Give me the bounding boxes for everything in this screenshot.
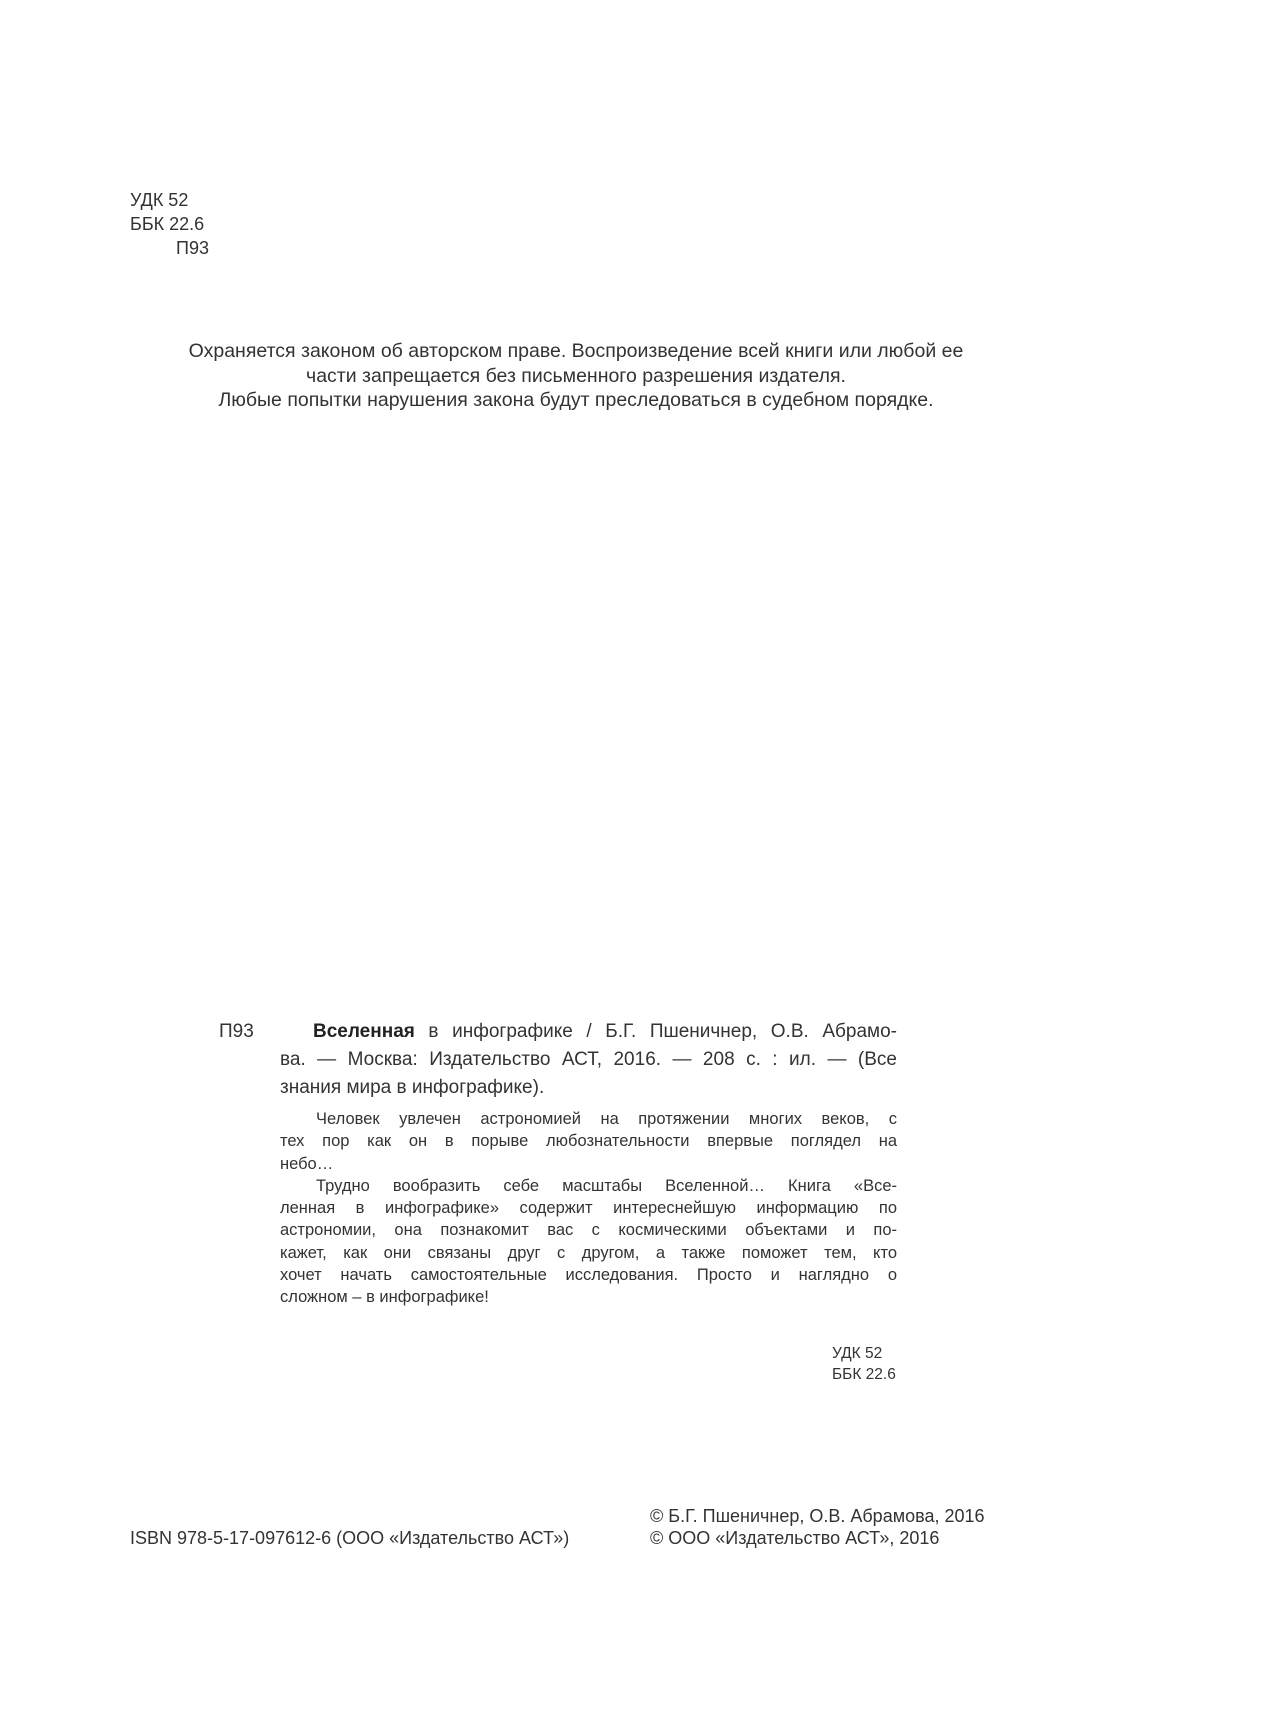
- annotation-line: хочет начать самостоятельные исследовани…: [280, 1264, 897, 1286]
- annotation-paragraph: Человек увлечен астрономией на протяжени…: [280, 1108, 897, 1175]
- annotation-line: Трудно вообразить себе масштабы Вселенно…: [280, 1175, 897, 1197]
- classification-block-bottom: УДК 52 ББК 22.6: [832, 1343, 896, 1385]
- copyright-line: © ООО «Издательство АСТ», 2016: [650, 1527, 985, 1549]
- protection-line: Охраняется законом об авторском праве. В…: [130, 339, 1022, 364]
- copyright-holders: © Б.Г. Пшеничнер, О.В. Абрамова, 2016 © …: [650, 1505, 985, 1549]
- biblio-line-rest: в инфографике / Б.Г. Пшеничнер, О.В. Абр…: [415, 1021, 897, 1042]
- annotation-line: небо…: [280, 1153, 897, 1175]
- biblio-line: ва. — Москва: Издательство АСТ, 2016. — …: [280, 1046, 897, 1074]
- isbn: ISBN 978-5-17-097612-6 (ООО «Издательств…: [130, 1527, 569, 1549]
- bbk-code: ББК 22.6: [832, 1364, 896, 1385]
- annotation-line: кажет, как они связаны друг с другом, а …: [280, 1242, 897, 1264]
- annotation-line: Человек увлечен астрономией на протяжени…: [280, 1108, 897, 1130]
- classification-block-top: УДК 52 ББК 22.6 П93: [130, 188, 209, 260]
- bibliographic-record: Вселенная в инфографике / Б.Г. Пшеничнер…: [280, 1018, 897, 1102]
- protection-line: части запрещается без письменного разреш…: [130, 364, 1022, 389]
- copyright-line: © Б.Г. Пшеничнер, О.В. Абрамова, 2016: [650, 1505, 985, 1527]
- biblio-line: знания мира в инфографике).: [280, 1074, 897, 1102]
- annotation: Человек увлечен астрономией на протяжени…: [280, 1108, 897, 1309]
- book-title: Вселенная: [313, 1021, 415, 1042]
- protection-line: Любые попытки нарушения закона будут пре…: [130, 388, 1022, 413]
- annotation-line: астрономии, она познакомит вас с космиче…: [280, 1219, 897, 1241]
- copyright-protection-notice: Охраняется законом об авторском праве. В…: [130, 339, 1022, 413]
- udk-code: УДК 52: [832, 1343, 896, 1364]
- author-mark: П93: [130, 236, 209, 260]
- biblio-author-mark: П93: [219, 1018, 254, 1046]
- annotation-line: тех пор как он в порыве любознательности…: [280, 1130, 897, 1152]
- annotation-paragraph: Трудно вообразить себе масштабы Вселенно…: [280, 1175, 897, 1309]
- annotation-line: сложном – в инфографике!: [280, 1286, 897, 1308]
- biblio-line: Вселенная в инфографике / Б.Г. Пшеничнер…: [280, 1018, 897, 1046]
- annotation-line: ленная в инфографике» содержит интересне…: [280, 1197, 897, 1219]
- bbk-code: ББК 22.6: [130, 212, 209, 236]
- udk-code: УДК 52: [130, 188, 209, 212]
